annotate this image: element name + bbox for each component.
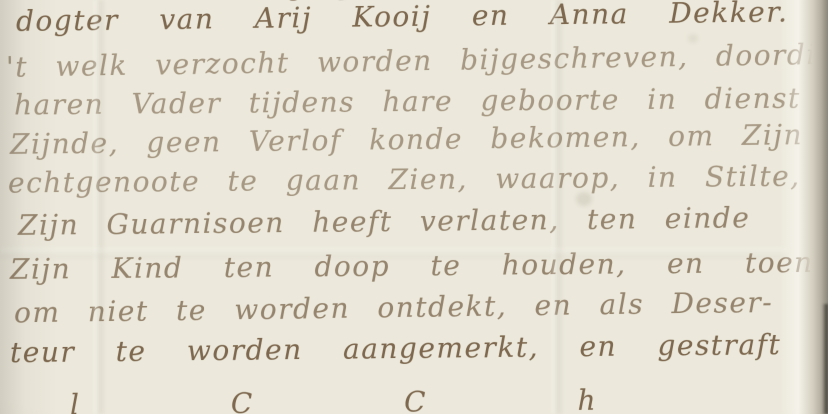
manuscript-line-fragment-top: o C [286, 0, 355, 8]
paper-deckle-edge [780, 0, 828, 414]
manuscript-line: 't welk verzocht worden bijgeschreven, d… [6, 37, 828, 83]
manuscript-page: o C dogter van Arij Kooij en Anna Dekker… [0, 0, 828, 414]
manuscript-line: haren Vader tijdens hare geboorte in die… [14, 82, 801, 122]
manuscript-line: om niet te worden ontdekt, en als Deser- [14, 286, 774, 330]
paper-stain [688, 34, 698, 43]
vertical-fold-crease [552, 0, 564, 414]
manuscript-line: teur te worden aangemerkt, en gestraft [10, 328, 782, 369]
horizontal-fold-crease [0, 248, 788, 258]
paper-stain [576, 192, 592, 206]
vertical-fold-crease [94, 0, 106, 414]
manuscript-line: Zijnde, geen Verlof konde bekomen, om Zi… [10, 118, 803, 161]
paper-edge-shadow [822, 304, 828, 414]
manuscript-line: echtgenoote te gaan Zien, waarop, in Sti… [8, 160, 801, 200]
manuscript-line: dogter van Arij Kooij en Anna Dekker. [16, 0, 789, 38]
scan-vignette [0, 0, 828, 414]
manuscript-line: Zijn Guarnisoen heeft verlaten, ten eind… [18, 201, 751, 242]
manuscript-line-fragment-bottom: l C C h [70, 384, 597, 414]
manuscript-line: Zijn Kind ten doop te houden, en toen — [10, 245, 828, 286]
